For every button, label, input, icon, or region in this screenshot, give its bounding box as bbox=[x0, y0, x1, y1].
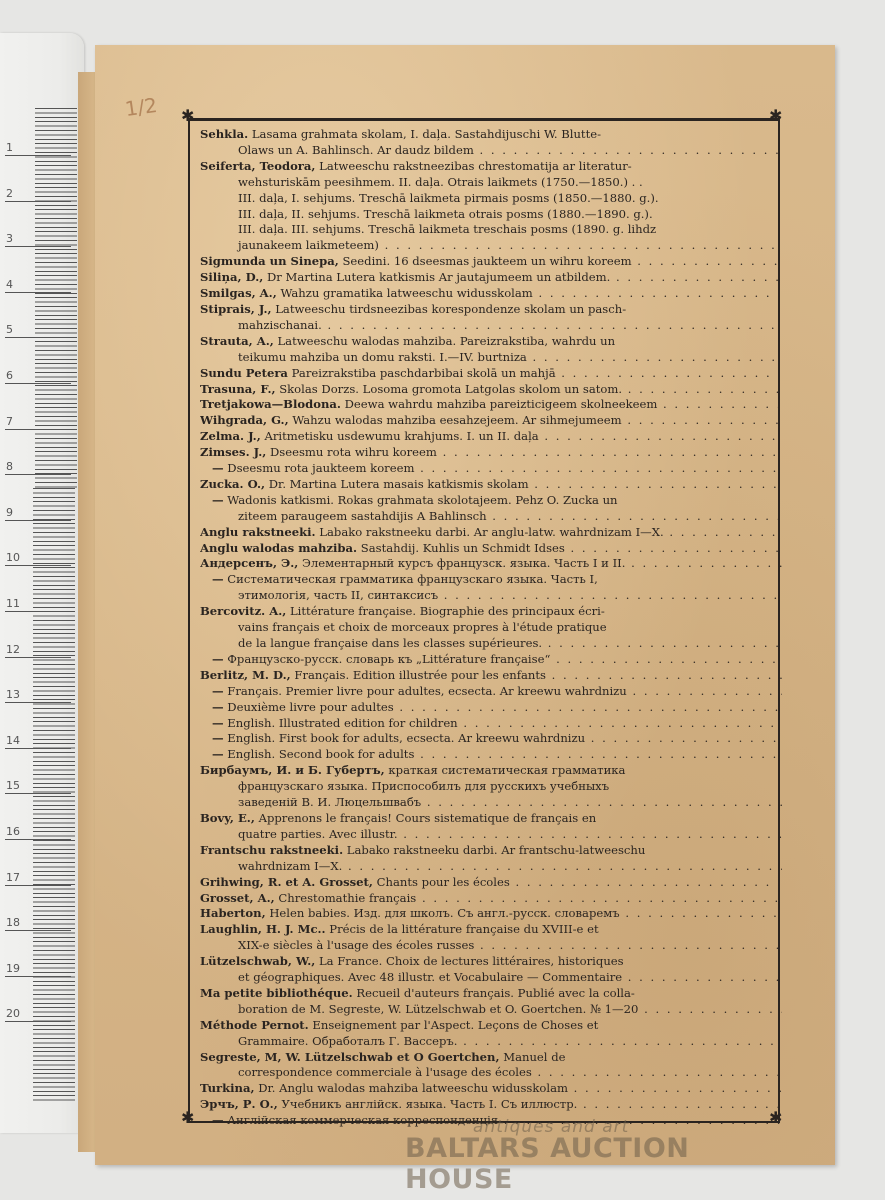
ruler-number: 17 bbox=[6, 871, 20, 884]
ruler-tick bbox=[5, 520, 71, 521]
catalog-entry: Ma petite bibliothéque. Recueil d'auteur… bbox=[200, 986, 782, 1018]
entry-author: — bbox=[212, 716, 224, 730]
entry-title: III. daļa. III. sehjums. Treschā laikmet… bbox=[238, 222, 656, 236]
ruler-minor-ticks bbox=[35, 108, 77, 488]
entry-title: Систематическая грамматика французскаго … bbox=[227, 572, 598, 586]
entry-author: Anglu walodas mahziba. bbox=[200, 541, 357, 555]
entry-line: Sigmunda un Sinepa, Seedini. 16 dseesmas… bbox=[200, 254, 782, 270]
ruler-number: 9 bbox=[6, 506, 13, 519]
entry-line: Lützelschwab, W., La France. Choix de le… bbox=[200, 954, 782, 970]
catalog-entry: Zelma. J., Aritmetisku usdewumu krahjums… bbox=[200, 429, 782, 445]
entry-author: Grosset, A., bbox=[200, 891, 275, 905]
entry-line: Strauta, A., Latweeschu walodas mahziba.… bbox=[200, 334, 782, 350]
catalog-entry: Anglu walodas mahziba. Sastahdij. Kuhlis… bbox=[200, 541, 782, 557]
ruler-number: 8 bbox=[6, 460, 13, 473]
entry-author: — bbox=[212, 572, 224, 586]
entry-line: Grosset, A., Chrestomathie français bbox=[200, 891, 782, 907]
entry-title: Français. Premier livre pour adultes, ec… bbox=[227, 684, 782, 698]
entry-line: Grihwing, R. et A. Grosset, Chants pour … bbox=[200, 875, 782, 891]
catalog-entry: Segreste, M, W. Lützelschwab et O Goertc… bbox=[200, 1050, 782, 1082]
entry-line: Laughlin, H. J. Mc.. Précis de la littér… bbox=[200, 922, 782, 938]
entry-title: Dseesmu rota wihru koreem bbox=[270, 445, 782, 459]
entry-title: Seedini. 16 dseesmas jaukteem un wihru k… bbox=[342, 254, 782, 268]
catalog-entry: — Wadonis katkismi. Rokas grahmata skolo… bbox=[200, 493, 782, 525]
entry-title: Apprenons le français! Cours sistematiqu… bbox=[259, 811, 597, 825]
entry-line: Sehkla. Lasama grahmata skolam, I. daļa.… bbox=[200, 127, 782, 143]
entry-title: ziteem paraugeem sastahdijis A Bahlinsch bbox=[238, 509, 782, 523]
catalog-entry: Zucka. O., Dr. Martina Lutera masais kat… bbox=[200, 477, 782, 493]
ruler-tick bbox=[5, 383, 71, 384]
entry-author: Sigmunda un Sinepa, bbox=[200, 254, 339, 268]
entry-line: Bercovitz. A., Littérature française. Bi… bbox=[200, 604, 782, 620]
entry-line: III. daļa. III. sehjums. Treschā laikmet… bbox=[200, 222, 782, 238]
ruler-tick bbox=[5, 839, 71, 840]
entry-line: Berlitz, M. D., Français. Edition illust… bbox=[200, 668, 782, 684]
entry-title: Précis de la littérature française du XV… bbox=[329, 922, 598, 936]
entry-author: — bbox=[212, 684, 224, 698]
entry-title: boration de M. Segreste, W. Lützelschwab… bbox=[238, 1002, 782, 1016]
entry-line: vains français et choix de morceaux prop… bbox=[200, 620, 782, 636]
entry-title: Skolas Dorzs. Losoma gromota Latgolas sk… bbox=[279, 382, 782, 396]
corner-ornament-icon: ✱ bbox=[181, 1110, 194, 1126]
ruler-tick bbox=[5, 246, 71, 247]
entry-line: ziteem paraugeem sastahdijis A Bahlinsch bbox=[200, 509, 782, 525]
entry-title: La France. Choix de lectures littéraires… bbox=[319, 954, 624, 968]
catalog-entry: Андерсенъ, Э., Элементарный курсъ францу… bbox=[200, 556, 782, 572]
ruler-number: 6 bbox=[6, 369, 13, 382]
catalog-entry: Эрчъ, Р. О., Учебникъ англійск. языка. Ч… bbox=[200, 1097, 782, 1113]
entry-title: Labako rakstneeku darbi. Ar frantschu-la… bbox=[347, 843, 646, 857]
entry-title: et géographiques. Avec 48 illustr. et Vo… bbox=[238, 970, 782, 984]
entry-title: wehsturiskām peesihmem. II. daļa. Otrais… bbox=[238, 175, 643, 189]
catalog-entry: — Французско-русск. словарь къ „Littérat… bbox=[200, 652, 782, 668]
entry-title: Grammaire. Обработалъ Г. Вассеръ. bbox=[238, 1034, 782, 1048]
entry-title: Французско-русск. словарь къ „Littératur… bbox=[227, 652, 782, 666]
entry-author: Sehkla. bbox=[200, 127, 248, 141]
entry-title: Dseesmu rota jaukteem koreem bbox=[227, 461, 782, 475]
entry-title: этимологія, часть II, синтаксисъ bbox=[238, 588, 782, 602]
entry-title: Chants pour les écoles bbox=[377, 875, 782, 889]
entry-line: boration de M. Segreste, W. Lützelschwab… bbox=[200, 1002, 782, 1018]
catalog-entry: Frantschu rakstneeki. Labako rakstneeku … bbox=[200, 843, 782, 875]
ruler-tick bbox=[5, 657, 71, 658]
entry-title: Aritmetisku usdewumu krahjums. I. un II.… bbox=[264, 429, 782, 443]
entry-line: французскаго языка. Приспособилъ для рус… bbox=[200, 779, 782, 795]
entry-title: Recueil d'auteurs français. Publié avec … bbox=[356, 986, 635, 1000]
ruler-number: 14 bbox=[6, 734, 20, 747]
entry-author: Ma petite bibliothéque. bbox=[200, 986, 353, 1000]
entry-title: Sastahdij. Kuhlis un Schmidt Idses bbox=[361, 541, 782, 555]
catalog-entry: — Deuxième livre pour adultes bbox=[200, 700, 782, 716]
ruler-number: 18 bbox=[6, 916, 20, 929]
entry-line: III. daļa, II. sehjums. Treschā laikmeta… bbox=[200, 207, 782, 223]
ruler-number: 15 bbox=[6, 779, 20, 792]
entry-title: Littérature française. Biographie des pr… bbox=[290, 604, 605, 618]
ruler-number: 4 bbox=[6, 278, 13, 291]
catalog-entry: Berlitz, M. D., Français. Edition illust… bbox=[200, 668, 782, 684]
catalog-entry: — Систематическая грамматика французскаг… bbox=[200, 572, 782, 604]
entry-author: Андерсенъ, Э., bbox=[200, 556, 298, 570]
entry-line: Trasuna, F., Skolas Dorzs. Losoma gromot… bbox=[200, 382, 782, 398]
entry-author: Turkina, bbox=[200, 1081, 255, 1095]
entry-author: — bbox=[212, 747, 224, 761]
entry-line: Haberton, Helen babies. Изд. для школъ. … bbox=[200, 906, 782, 922]
entry-line: Zucka. O., Dr. Martina Lutera masais kat… bbox=[200, 477, 782, 493]
catalog-entry: Zimses. J., Dseesmu rota wihru koreem bbox=[200, 445, 782, 461]
entry-title: III. daļa, II. sehjums. Treschā laikmeta… bbox=[238, 207, 653, 221]
entry-title: teikumu mahziba un domu raksti. I.—IV. b… bbox=[238, 350, 782, 364]
entry-line: Эрчъ, Р. О., Учебникъ англійск. языка. Ч… bbox=[200, 1097, 782, 1113]
entry-author: — bbox=[212, 700, 224, 714]
entry-line: Grammaire. Обработалъ Г. Вассеръ. bbox=[200, 1034, 782, 1050]
ruler-number: 20 bbox=[6, 1007, 20, 1020]
ruler-tick bbox=[5, 930, 71, 931]
entry-line: — Deuxième livre pour adultes bbox=[200, 700, 782, 716]
entry-title: Dr Martina Lutera katkismis Ar jautajume… bbox=[267, 270, 782, 284]
entry-author: Zimses. J., bbox=[200, 445, 266, 459]
entry-author: Бирбаумъ, И. и Б. Губертъ, bbox=[200, 763, 385, 777]
catalog-entry: — English. First book for adults, ecsect… bbox=[200, 731, 782, 747]
ruler-tick bbox=[5, 474, 71, 475]
catalog-entry: Sundu Petera Pareizrakstiba paschdarbiba… bbox=[200, 366, 782, 382]
entry-author: Wihgrada, G., bbox=[200, 413, 289, 427]
entry-line: — English. Illustrated edition for child… bbox=[200, 716, 782, 732]
entry-author: — bbox=[212, 1113, 224, 1127]
entry-title: Deuxième livre pour adultes bbox=[227, 700, 782, 714]
entry-title: Helen babies. Изд. для школъ. Съ англ.-р… bbox=[269, 906, 782, 920]
entry-line: Siliņa, D., Dr Martina Lutera katkismis … bbox=[200, 270, 782, 286]
entry-author: Trasuna, F., bbox=[200, 382, 276, 396]
entry-title: Элементарный курсъ французск. языка. Час… bbox=[302, 556, 782, 570]
entry-line: quatre parties. Avec illustr. bbox=[200, 827, 782, 843]
ruler-tick bbox=[5, 155, 71, 156]
catalog-entry: Sehkla. Lasama grahmata skolam, I. daļa.… bbox=[200, 127, 782, 159]
book-catalog-list: Sehkla. Lasama grahmata skolam, I. daļa.… bbox=[200, 127, 782, 1129]
catalog-entry: Méthode Pernot. Enseignement par l'Aspec… bbox=[200, 1018, 782, 1050]
ruler-number: 12 bbox=[6, 643, 20, 656]
entry-line: jaunakeem laikmeteem) bbox=[200, 238, 782, 254]
entry-line: Méthode Pernot. Enseignement par l'Aspec… bbox=[200, 1018, 782, 1034]
entry-author: Haberton, bbox=[200, 906, 266, 920]
corner-ornament-icon: ✱ bbox=[769, 108, 782, 124]
catalog-entry: Turkina, Dr. Anglu walodas mahziba latwe… bbox=[200, 1081, 782, 1097]
catalog-entry: Wihgrada, G., Wahzu walodas mahziba eesa… bbox=[200, 413, 782, 429]
catalog-entry: Бирбаумъ, И. и Б. Губертъ, краткая систе… bbox=[200, 763, 782, 811]
entry-line: Zimses. J., Dseesmu rota wihru koreem bbox=[200, 445, 782, 461]
entry-author: Seiferta, Teodora, bbox=[200, 159, 315, 173]
ruler-minor-ticks bbox=[33, 488, 75, 1103]
entry-title: Wadonis katkismi. Rokas grahmata skolota… bbox=[227, 493, 617, 507]
ruler-number: 16 bbox=[6, 825, 20, 838]
entry-author: Zelma. J., bbox=[200, 429, 261, 443]
entry-title: Français. Edition illustrée pour les enf… bbox=[294, 668, 782, 682]
entry-title: Dr. Martina Lutera masais katkismis skol… bbox=[269, 477, 782, 491]
entry-author: Méthode Pernot. bbox=[200, 1018, 309, 1032]
entry-line: — Wadonis katkismi. Rokas grahmata skolo… bbox=[200, 493, 782, 509]
entry-title: краткая систематическая грамматика bbox=[388, 763, 625, 777]
entry-title: Dr. Anglu walodas mahziba latweeschu wid… bbox=[258, 1081, 782, 1095]
entry-line: Bovy, E., Apprenons le français! Cours s… bbox=[200, 811, 782, 827]
ruler-number: 7 bbox=[6, 415, 13, 428]
entry-title: XIX-e siècles à l'usage des écoles russe… bbox=[238, 938, 782, 952]
entry-line: — Систематическая грамматика французскаг… bbox=[200, 572, 782, 588]
entry-line: Seiferta, Teodora, Latweeschu rakstneezi… bbox=[200, 159, 782, 175]
catalog-entry: Laughlin, H. J. Mc.. Précis de la littér… bbox=[200, 922, 782, 954]
entry-line: correspondence commerciale à l'usage des… bbox=[200, 1065, 782, 1081]
entry-author: Sundu Petera bbox=[200, 366, 288, 380]
catalog-entry: Trasuna, F., Skolas Dorzs. Losoma gromot… bbox=[200, 382, 782, 398]
entry-title: Lasama grahmata skolam, I. daļa. Sastahd… bbox=[252, 127, 601, 141]
entry-author: Strauta, A., bbox=[200, 334, 274, 348]
entry-title: Latweeschu walodas mahziba. Pareizraksti… bbox=[277, 334, 615, 348]
ruler-number: 2 bbox=[6, 187, 13, 200]
entry-title: quatre parties. Avec illustr. bbox=[238, 827, 782, 841]
entry-author: Frantschu rakstneeki. bbox=[200, 843, 343, 857]
entry-title: Учебникъ англійск. языка. Часть I. Съ ил… bbox=[281, 1097, 782, 1111]
entry-line: et géographiques. Avec 48 illustr. et Vo… bbox=[200, 970, 782, 986]
ruler-number: 10 bbox=[6, 551, 20, 564]
ruler-tick bbox=[5, 748, 71, 749]
entry-title: Latweeschu tirdsneezibas korespondenze s… bbox=[275, 302, 626, 316]
measuring-ruler: 1234567891011121314151617181920 bbox=[0, 33, 84, 1133]
entry-title: Olaws un A. Bahlinsch. Ar daudz bildem bbox=[238, 143, 782, 157]
entry-author: Berlitz, M. D., bbox=[200, 668, 291, 682]
entry-line: Anglu walodas mahziba. Sastahdij. Kuhlis… bbox=[200, 541, 782, 557]
catalog-entry: — Dseesmu rota jaukteem koreem bbox=[200, 461, 782, 477]
entry-author: — bbox=[212, 652, 224, 666]
ruler-tick bbox=[5, 976, 71, 977]
entry-title: correspondence commerciale à l'usage des… bbox=[238, 1065, 782, 1079]
entry-title: English. Illustrated edition for childre… bbox=[227, 716, 782, 730]
entry-author: Zucka. O., bbox=[200, 477, 265, 491]
ruler-number: 11 bbox=[6, 597, 20, 610]
entry-author: — bbox=[212, 493, 224, 507]
entry-line: Бирбаумъ, И. и Б. Губертъ, краткая систе… bbox=[200, 763, 782, 779]
entry-author: Lützelschwab, W., bbox=[200, 954, 315, 968]
entry-line: Smilgas, A., Wahzu gramatika latweeschu … bbox=[200, 286, 782, 302]
entry-title: III. daļa, I. sehjums. Treschā laikmeta … bbox=[238, 191, 659, 205]
ruler-number: 19 bbox=[6, 962, 20, 975]
entry-line: — English. Second book for adults bbox=[200, 747, 782, 763]
entry-author: Tretjakowa—Blodona. bbox=[200, 397, 341, 411]
entry-author: Bovy, E., bbox=[200, 811, 255, 825]
entry-line: wehsturiskām peesihmem. II. daļa. Otrais… bbox=[200, 175, 782, 191]
entry-line: Андерсенъ, Э., Элементарный курсъ францу… bbox=[200, 556, 782, 572]
entry-author: Siliņa, D., bbox=[200, 270, 263, 284]
entry-title: французскаго языка. Приспособилъ для рус… bbox=[238, 779, 609, 793]
entry-author: — bbox=[212, 461, 224, 475]
entry-title: Wahzu gramatika latweeschu widusskolam bbox=[280, 286, 782, 300]
entry-line: XIX-e siècles à l'usage des écoles russe… bbox=[200, 938, 782, 954]
entry-line: — Французско-русск. словарь къ „Littérat… bbox=[200, 652, 782, 668]
catalog-entry: Seiferta, Teodora, Latweeschu rakstneezi… bbox=[200, 159, 782, 254]
entry-author: Smilgas, A., bbox=[200, 286, 277, 300]
entry-title: jaunakeem laikmeteem) bbox=[238, 238, 782, 252]
catalog-entry: Tretjakowa—Blodona. Deewa wahrdu mahziba… bbox=[200, 397, 782, 413]
entry-title: wahrdnizam I—X. bbox=[238, 859, 782, 873]
entry-title: de la langue française dans les classes … bbox=[238, 636, 782, 650]
ruler-tick bbox=[5, 885, 71, 886]
entry-line: Stiprais, J., Latweeschu tirdsneezibas k… bbox=[200, 302, 782, 318]
ruler-tick bbox=[5, 337, 71, 338]
handwritten-mark: 1/2 bbox=[123, 93, 158, 121]
ruler-number: 5 bbox=[6, 323, 13, 336]
ruler-number: 3 bbox=[6, 232, 13, 245]
ruler-tick bbox=[5, 565, 71, 566]
entry-line: Zelma. J., Aritmetisku usdewumu krahjums… bbox=[200, 429, 782, 445]
entry-author: Segreste, M, W. Lützelschwab et O Goertc… bbox=[200, 1050, 500, 1064]
catalog-entry: Siliņa, D., Dr Martina Lutera katkismis … bbox=[200, 270, 782, 286]
ruler-number: 13 bbox=[6, 688, 20, 701]
entry-line: Sundu Petera Pareizrakstiba paschdarbiba… bbox=[200, 366, 782, 382]
entry-line: wahrdnizam I—X. bbox=[200, 859, 782, 875]
ruler-tick bbox=[5, 201, 71, 202]
entry-title: заведеній В. И. Люцельшвабъ bbox=[238, 795, 782, 809]
catalog-entry: Bercovitz. A., Littérature française. Bi… bbox=[200, 604, 782, 652]
ruler-tick bbox=[5, 702, 71, 703]
entry-line: mahzischanai. bbox=[200, 318, 782, 334]
entry-title: Pareizrakstiba paschdarbibai skolā un ma… bbox=[292, 366, 782, 380]
entry-title: Chrestomathie français bbox=[278, 891, 782, 905]
entry-line: Anglu rakstneeki. Labako rakstneeku darb… bbox=[200, 525, 782, 541]
entry-title: Wahzu walodas mahziba eesahzejeem. Ar si… bbox=[292, 413, 782, 427]
entry-line: Tretjakowa—Blodona. Deewa wahrdu mahziba… bbox=[200, 397, 782, 413]
entry-line: Olaws un A. Bahlinsch. Ar daudz bildem bbox=[200, 143, 782, 159]
entry-author: Эрчъ, Р. О., bbox=[200, 1097, 278, 1111]
ruler-tick bbox=[5, 1021, 71, 1022]
ruler-tick bbox=[5, 793, 71, 794]
entry-line: — Français. Premier livre pour adultes, … bbox=[200, 684, 782, 700]
entry-line: заведеній В. И. Люцельшвабъ bbox=[200, 795, 782, 811]
ruler-number: 1 bbox=[6, 141, 13, 154]
catalog-entry: Grihwing, R. et A. Grosset, Chants pour … bbox=[200, 875, 782, 891]
ruler-tick bbox=[5, 611, 71, 612]
entry-author: Laughlin, H. J. Mc.. bbox=[200, 922, 326, 936]
catalog-entry: Haberton, Helen babies. Изд. для школъ. … bbox=[200, 906, 782, 922]
entry-line: — Dseesmu rota jaukteem koreem bbox=[200, 461, 782, 477]
entry-line: teikumu mahziba un domu raksti. I.—IV. b… bbox=[200, 350, 782, 366]
catalog-entry: — English. Illustrated edition for child… bbox=[200, 716, 782, 732]
catalog-entry: Grosset, A., Chrestomathie français bbox=[200, 891, 782, 907]
entry-line: III. daļa, I. sehjums. Treschā laikmeta … bbox=[200, 191, 782, 207]
entry-title: Manuel de bbox=[503, 1050, 565, 1064]
catalog-entry: Smilgas, A., Wahzu gramatika latweeschu … bbox=[200, 286, 782, 302]
corner-ornament-icon: ✱ bbox=[181, 108, 194, 124]
entry-title: English. First book for adults, ecsecta.… bbox=[227, 731, 782, 745]
catalog-entry: — English. Second book for adults bbox=[200, 747, 782, 763]
watermark: antiques and art BALTARS AUCTION HOUSE bbox=[405, 1115, 805, 1175]
entry-title: vains français et choix de morceaux prop… bbox=[238, 620, 607, 634]
entry-line: de la langue française dans les classes … bbox=[200, 636, 782, 652]
entry-author: Stiprais, J., bbox=[200, 302, 272, 316]
entry-title: Enseignement par l'Aspect. Leçons de Cho… bbox=[312, 1018, 598, 1032]
entry-line: Wihgrada, G., Wahzu walodas mahziba eesa… bbox=[200, 413, 782, 429]
catalog-entry: Lützelschwab, W., La France. Choix de le… bbox=[200, 954, 782, 986]
catalog-entry: Strauta, A., Latweeschu walodas mahziba.… bbox=[200, 334, 782, 366]
catalog-entry: Anglu rakstneeki. Labako rakstneeku darb… bbox=[200, 525, 782, 541]
entry-line: Ma petite bibliothéque. Recueil d'auteur… bbox=[200, 986, 782, 1002]
entry-author: — bbox=[212, 731, 224, 745]
catalog-entry: Bovy, E., Apprenons le français! Cours s… bbox=[200, 811, 782, 843]
entry-title: English. Second book for adults bbox=[227, 747, 782, 761]
entry-author: Grihwing, R. et A. Grosset, bbox=[200, 875, 373, 889]
entry-line: Segreste, M, W. Lützelschwab et O Goertc… bbox=[200, 1050, 782, 1066]
catalog-entry: — Français. Premier livre pour adultes, … bbox=[200, 684, 782, 700]
watermark-name: BALTARS AUCTION HOUSE bbox=[405, 1133, 805, 1195]
entry-line: этимологія, часть II, синтаксисъ bbox=[200, 588, 782, 604]
entry-author: Anglu rakstneeki. bbox=[200, 525, 316, 539]
ruler-tick bbox=[5, 429, 71, 430]
entry-line: Frantschu rakstneeki. Labako rakstneeku … bbox=[200, 843, 782, 859]
ruler-tick bbox=[5, 292, 71, 293]
catalog-entry: Sigmunda un Sinepa, Seedini. 16 dseesmas… bbox=[200, 254, 782, 270]
catalog-entry: Stiprais, J., Latweeschu tirdsneezibas k… bbox=[200, 302, 782, 334]
entry-line: — English. First book for adults, ecsect… bbox=[200, 731, 782, 747]
entry-title: Deewa wahrdu mahziba pareizticigeem skol… bbox=[345, 397, 782, 411]
entry-title: Labako rakstneeku darbi. Ar anglu-latw. … bbox=[319, 525, 782, 539]
entry-title: mahzischanai. bbox=[238, 318, 782, 332]
entry-title: Latweeschu rakstneezibas chrestomatija a… bbox=[319, 159, 632, 173]
entry-author: Bercovitz. A., bbox=[200, 604, 286, 618]
entry-line: Turkina, Dr. Anglu walodas mahziba latwe… bbox=[200, 1081, 782, 1097]
